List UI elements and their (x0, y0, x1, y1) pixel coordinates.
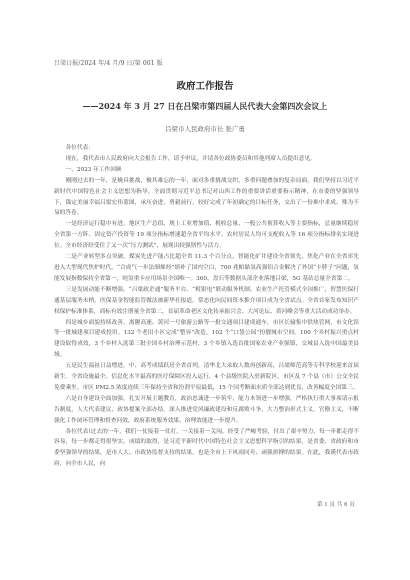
salutation: 各位代表： (54, 143, 359, 154)
document-title: 政府工作报告 (0, 78, 410, 92)
paragraph: 六是自身建设全面加强。扎实开展主题教育，政治忠诚进一步筑牢，能力本领进一步增强。… (54, 394, 359, 427)
paragraph: 现在，我代表市人民政府向大会报告工作，请予审议，并请各位政协委员和其他列席人员提… (54, 154, 359, 165)
section-heading: 一、2023 年工作回顾 (54, 165, 359, 176)
author-line: 吕梁市人民政府市长 张广勇 (0, 124, 410, 133)
paragraph: 刚刚过去的一年，是极具挑战、极其难忘的一年，面对多重挑战交织、多重问题叠加的复杂… (54, 176, 359, 220)
document-subtitle: ——2024 年 3 月 27 日在吕梁市第四届人民代表大会第四次会议上 (0, 101, 410, 112)
paragraph: 二是产业转型多点突破。煤炭先进产能占比超全省 11.3 个百分点，智能化矿井建设… (54, 252, 359, 285)
paragraph: 三是发展动能不断增强。“吕梁政企通”服务平台、“税银电”联动服务机制、农业生产托… (54, 285, 359, 318)
paragraph: 一是经济运行稳中有进。地区生产总值、规上工业增加值、税收总量、一般公共预算收入等… (54, 219, 359, 252)
source-line: 吕梁日报/2024 年/4 月/9 日/第 001 版 (54, 58, 163, 67)
paragraph: 各位代表!过去的一年，我们一仗接着一仗打，一关接着一关闯，经受了严峻考验，付出了… (54, 427, 359, 471)
paragraph: 四是城乡面貌持续改善。离隰高速、黄河一号旅游公路等一批交通项目建成通车，市区长输… (54, 318, 359, 362)
paragraph: 五是民生福祉日益增进。中、高考成绩跃居全省首列，清华北大录取人数再创新高，吕梁师… (54, 361, 359, 394)
document-page: 吕梁日报/2024 年/4 月/9 日/第 001 版 政府工作报告 ——202… (0, 0, 410, 580)
page-number: 第 1 页 共 6 页 (317, 500, 355, 508)
document-body: 各位代表： 现在，我代表市人民政府向大会报告工作，请予审议，并请各位政协委员和其… (54, 143, 359, 470)
